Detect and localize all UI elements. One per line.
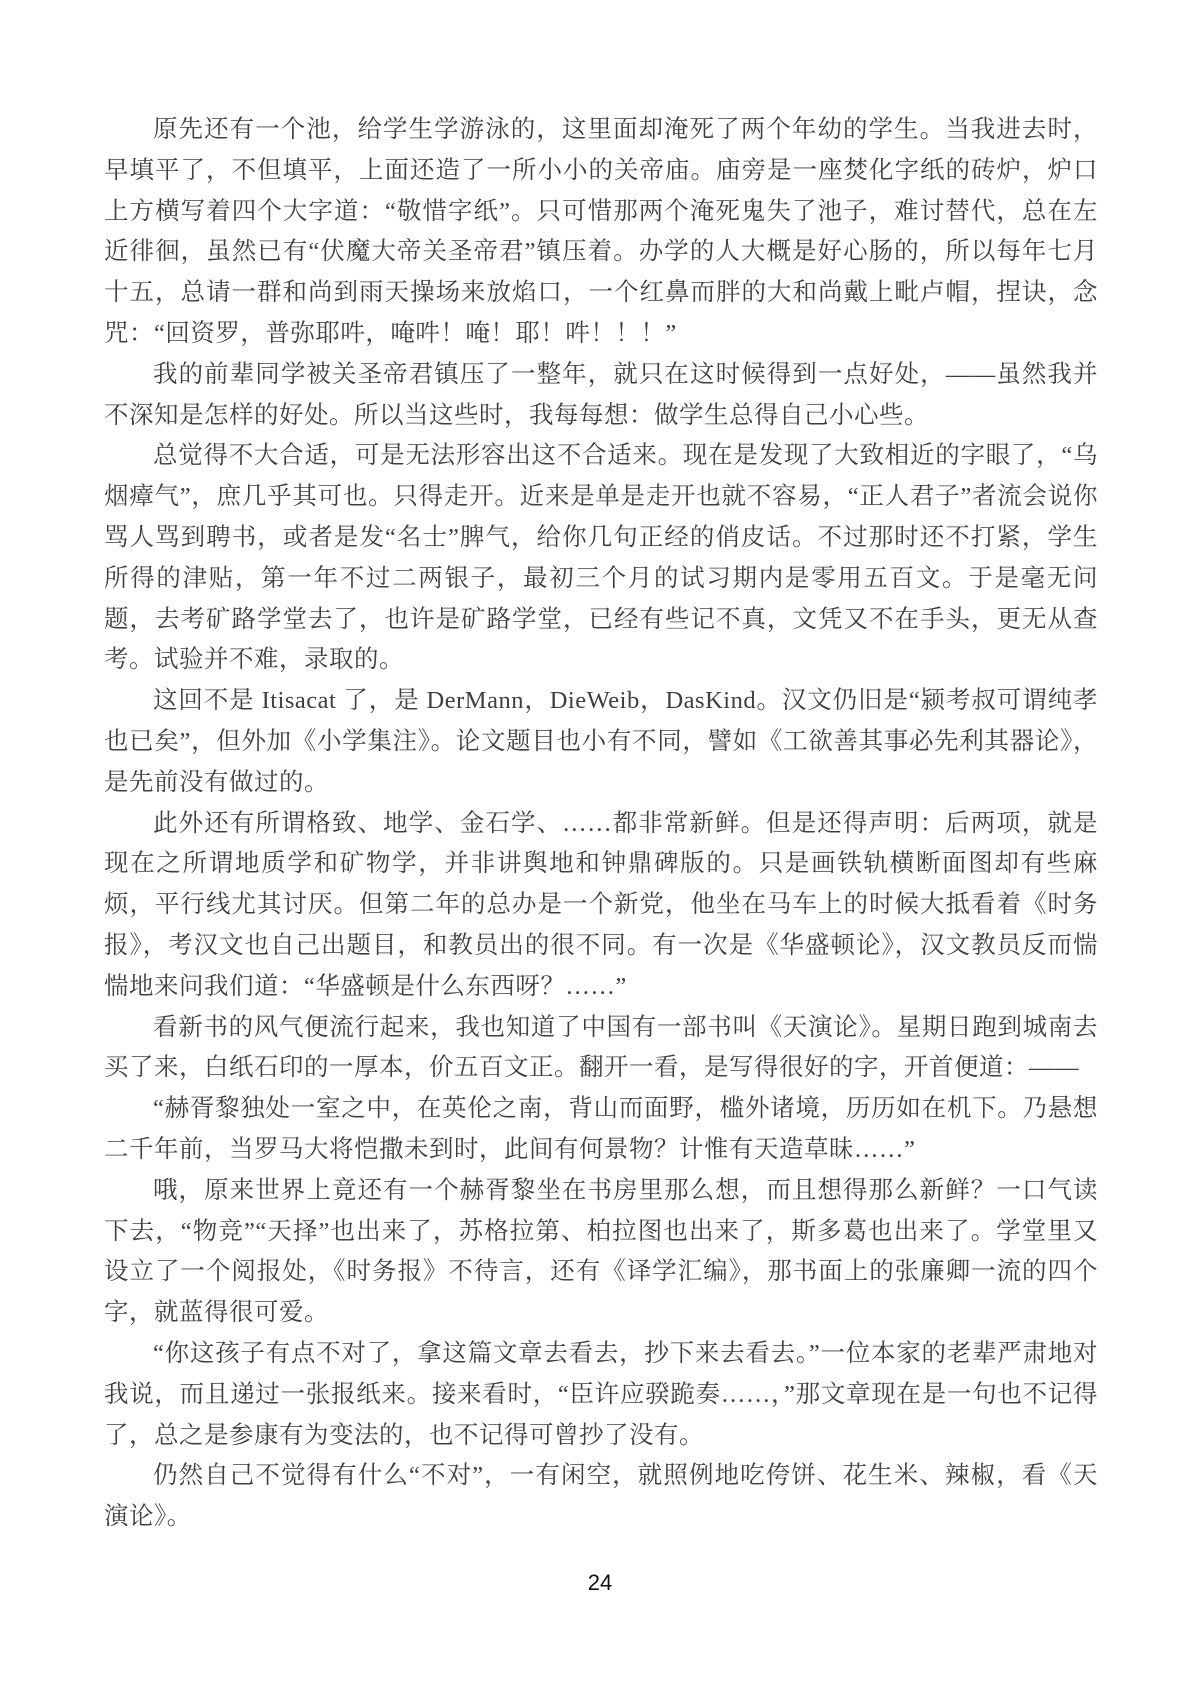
paragraph: 仍然自己不觉得有什么“不对”，一有闲空，就照例地吃侉饼、花生米、辣椒，看《天演论… [104,1456,1098,1538]
paragraph: 看新书的风气便流行起来，我也知道了中国有一部书叫《天演论》。星期日跑到城南去买了… [104,1008,1098,1090]
document-text-block: 原先还有一个池，给学生学游泳的，这里面却淹死了两个年幼的学生。当我进去时，早填平… [104,110,1098,1538]
paragraph: “你这孩子有点不对了，拿这篇文章去看去，抄下来去看去。”一位本家的老辈严肃地对我… [104,1334,1098,1456]
page-number: 24 [0,1570,1200,1596]
paragraph: 总觉得不大合适，可是无法形容出这不合适来。现在是发现了大致相近的字眼了，“乌烟瘴… [104,436,1098,681]
paragraph: 我的前辈同学被关圣帝君镇压了一整年，就只在这时候得到一点好处，——虽然我并不深知… [104,355,1098,437]
paragraph: 这回不是 Itisacat 了，是 DerMann，DieWeib，DasKin… [104,681,1098,803]
paragraph: 原先还有一个池，给学生学游泳的，这里面却淹死了两个年幼的学生。当我进去时，早填平… [104,110,1098,355]
document-page: 原先还有一个池，给学生学游泳的，这里面却淹死了两个年幼的学生。当我进去时，早填平… [0,0,1200,1697]
paragraph: “赫胥黎独处一室之中，在英伦之南，背山而面野，槛外诸境，历历如在机下。乃悬想二千… [104,1089,1098,1171]
paragraph: 哦，原来世界上竟还有一个赫胥黎坐在书房里那么想，而且想得那么新鲜？一口气读下去，… [104,1171,1098,1334]
paragraph: 此外还有所谓格致、地学、金石学、……都非常新鲜。但是还得声明：后两项，就是现在之… [104,804,1098,1008]
